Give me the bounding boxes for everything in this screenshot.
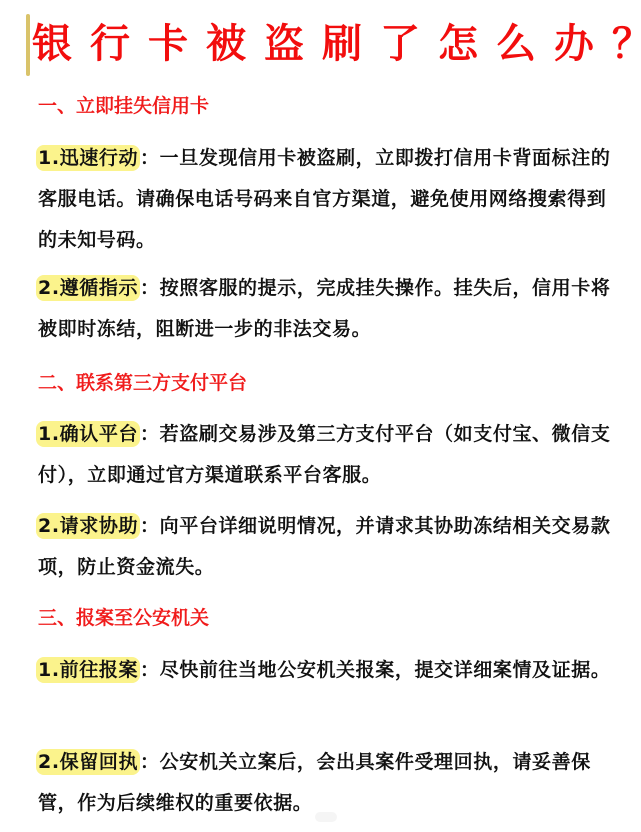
text-cursor-bar — [26, 14, 30, 76]
step-colon: ： — [140, 423, 160, 445]
step-label: 2.遵循指示 — [36, 275, 140, 301]
page-title: 银行卡被盗刷了怎么办？ — [32, 16, 641, 72]
step-label: 2.保留回执 — [36, 749, 140, 775]
step-request-help: 2.请求协助：向平台详细说明情况，并请求其协助冻结相关交易款项，防止资金流失。 — [38, 506, 618, 588]
step-label: 1.迅速行动 — [36, 145, 140, 171]
step-label: 1.确认平台 — [36, 421, 140, 447]
step-colon: ： — [140, 751, 160, 773]
step-text: 尽快前往当地公安机关报案，提交详细案情及证据。 — [160, 659, 611, 681]
step-label: 2.请求协助 — [36, 513, 140, 539]
section-heading-contact-platform: 二、联系第三方支付平台 — [38, 370, 247, 396]
step-confirm-platform: 1.确认平台：若盗刷交易涉及第三方支付平台（如支付宝、微信支付），立即通过官方渠… — [38, 414, 618, 496]
step-label: 1.前往报案 — [36, 657, 140, 683]
step-go-report: 1.前往报案：尽快前往当地公安机关报案，提交详细案情及证据。 — [38, 650, 618, 691]
step-colon: ： — [140, 515, 160, 537]
step-follow-instructions: 2.遵循指示：按照客服的提示，完成挂失操作。挂失后，信用卡将被即时冻结，阻断进一… — [38, 268, 618, 350]
section-heading-report-police: 三、报案至公安机关 — [38, 605, 209, 631]
step-colon: ： — [140, 659, 160, 681]
step-colon: ： — [140, 277, 160, 299]
watermark-logo — [315, 812, 337, 822]
step-act-quickly: 1.迅速行动：一旦发现信用卡被盗刷，立即拨打信用卡背面标注的客服电话。请确保电话… — [38, 138, 618, 261]
section-heading-report-loss: 一、立即挂失信用卡 — [38, 93, 209, 119]
step-colon: ： — [140, 147, 160, 169]
